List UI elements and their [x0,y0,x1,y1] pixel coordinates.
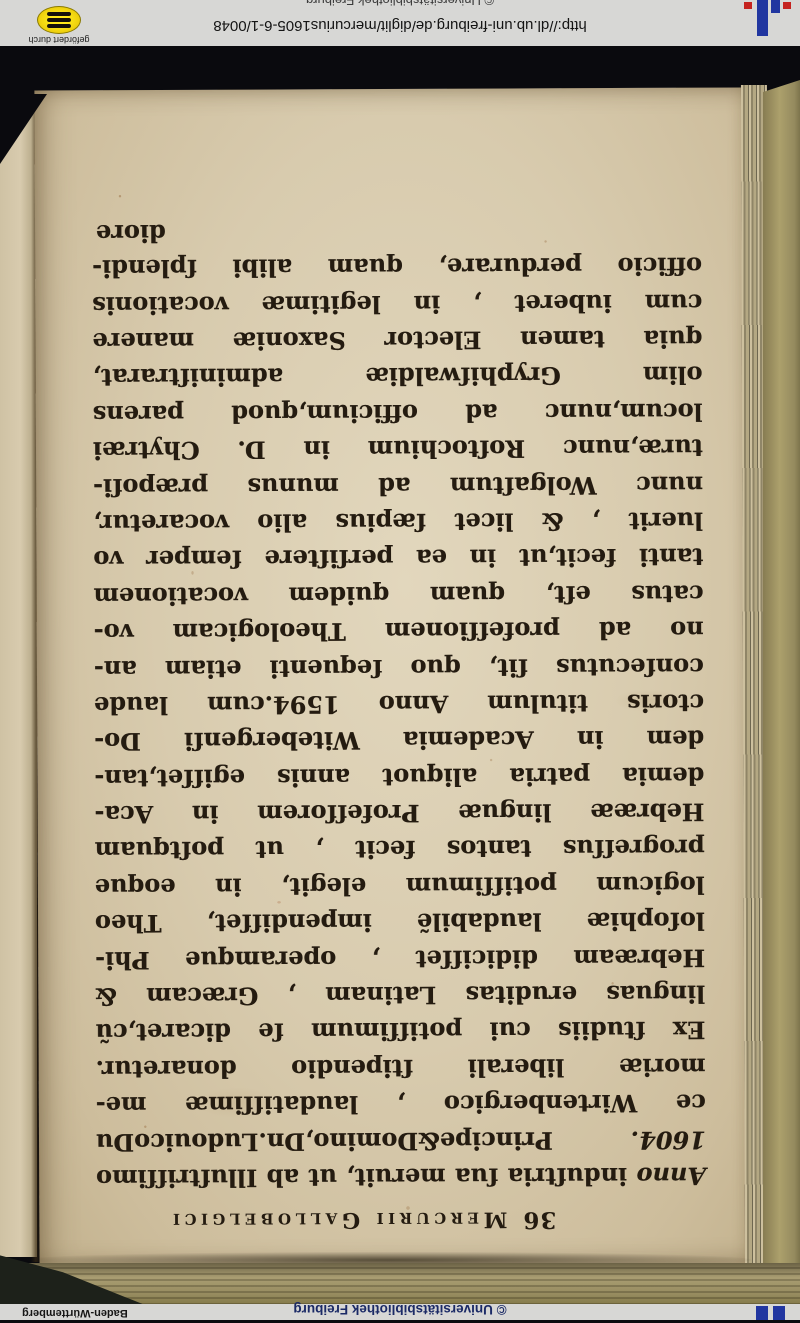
text-line: ce Wirtenbergico , laudatiſſimæ me- [96,1084,706,1123]
catchword: diore [92,215,702,248]
logo-blue-bar-icon [771,0,780,13]
text-line: luerit , & licet ſæpius alio vocaretur, [93,502,703,541]
logo-red-square-icon [744,2,752,9]
lion-glyph [47,12,72,16]
line-text: logicum potiſſimum elegit, in eoque [95,871,705,903]
logo-blue-bar-icon [757,0,768,36]
line-text: demia patria aliquot annis egiſſet,tan- [94,761,704,793]
text-line: no ad profeſſionem Theologicam vo- [94,611,704,650]
line-text: catus eſt, quam quidem vocationem [94,579,704,611]
baden-wuerttemberg-coat-of-arms-icon: gefördert durch [28,2,90,45]
rotated-page-content: 36Mercurii Gallobelgici Anno induſtria ſ… [34,87,748,1268]
text-line: ctoris titulum Anno 1594.cum laude [94,684,704,723]
text-line: cum iuberet , in legitimæ vocationis [92,284,702,323]
line-text: officio perdurare, quam alibi ſplendi- [92,252,702,284]
text-line: olim Gryphiſwaldiæ adminiſtrarat, [93,357,703,396]
margin-year-note: Anno [627,1162,706,1191]
text-line: linguas eruditas Latinam , Græcam & [95,975,705,1014]
text-line: progreſſus tantos fecit , ut poſtquam [95,830,705,869]
line-text: Hebrææ linguæ Profeſſorem in Aca- [95,798,705,830]
logo-blue-square-icon [756,1306,768,1320]
logo-red-square-icon [783,2,791,9]
text-line: Hebræam didiciſſet , operamque Phi- [95,939,705,978]
coat-of-arms-oval [37,6,81,34]
text-line: moriæ liberali ſtipendio donaretur. [96,1048,706,1087]
logo-blue-square-icon [773,1306,785,1320]
running-title: Mercurii Gallobelgici [168,1206,507,1232]
line-text: moriæ liberali ſtipendio donaretur. [96,1052,706,1084]
line-text: Hebræam didiciſſet , operamque Phi- [95,943,705,975]
line-text: dem in Academia Witebergenſi Do- [94,725,704,757]
text-line: loſophiæ laudabilẽ impendiſſet, Theo [95,903,705,942]
line-text: locum,nunc ad officium,quod parens [93,397,703,429]
text-line: catus eſt, quam quidem vocationem [94,575,704,614]
line-text: nunc Wolgaſtum ad munus præpoſi- [93,470,703,502]
text-line: quia tamen Elector Saxoniæ manere [92,320,702,359]
line-text: olim Gryphiſwaldiæ adminiſtrarat, [93,361,703,393]
margin-year-note: 1604. [553,1125,706,1155]
line-text: cum iuberet , in legitimæ vocationis [92,288,702,320]
line-text: no ad profeſſionem Theologicam vo- [94,616,704,648]
copyright-line: © Universitätsbibliothek Freiburg [0,0,800,8]
text-line: turæ,nunc Roſtochium in D. Chytræi [93,429,703,468]
text-line: dem in Academia Witebergenſi Do- [94,721,704,760]
line-text: linguas eruditas Latinam , Græcam & [95,980,705,1012]
top-frame-bar: © Universitätsbibliothek Freiburg http:/… [0,0,800,46]
text-line: Anno induſtria ſua meruit, ut ab Illuſtr… [96,1157,706,1196]
copyright-line-bottom: © Universitätsbibliothek Freiburg [0,1301,800,1318]
text-line: tanti fecit,ut in ea perſiſtere ſemper v… [93,539,703,578]
line-text: ce Wirtenbergico , laudatiſſimæ me- [96,1089,706,1121]
line-text: tanti fecit,ut in ea perſiſtere ſemper v… [93,543,703,575]
text-block: 36Mercurii Gallobelgici Anno induſtria ſ… [92,215,706,1238]
body-lines: Anno induſtria ſua meruit, ut ab Illuſtr… [92,247,706,1196]
scan-viewer: 36Mercurii Gallobelgici Anno induſtria ſ… [0,0,800,1323]
book-fore-edge [763,80,800,1307]
line-text: progreſſus tantos fecit , ut poſtquam [95,834,705,866]
running-header: 36Mercurii Gallobelgici [96,1202,706,1239]
lion-glyph [47,18,72,22]
text-line: logicum potiſſimum elegit, in eoque [95,866,705,905]
text-line: 1604. Principe&Domino,Dn.LudouicoDu [96,1121,706,1160]
line-text: induſtria ſua meruit, ut ab Illuſtriſſim… [96,1162,627,1193]
line-text: quia tamen Elector Saxoniæ manere [92,325,702,357]
line-text: conſecutus ſit, quo ſequenti etiam an- [94,652,704,684]
line-text: luerit , & licet ſæpius alio vocaretur, [93,507,703,539]
text-line: officio perdurare, quam alibi ſplendi- [92,247,702,286]
lion-glyph [47,24,72,28]
text-line: nunc Wolgaſtum ad munus præpoſi- [93,466,703,505]
line-text: turæ,nunc Roſtochium in D. Chytræi [93,434,703,466]
line-text: loſophiæ laudabilẽ impendiſſet, Theo [95,907,705,939]
text-line: Ex ſtudiis cui potiſſimum ſe dicaret,cũ [95,1012,705,1051]
text-line: demia patria aliquot annis egiſſet,tan- [94,757,704,796]
source-url: http://dl.ub.uni-freiburg.de/diglit/merc… [0,15,800,35]
book-page: 36Mercurii Gallobelgici Anno induſtria ſ… [34,87,748,1268]
line-text: Principe&Domino,Dn.LudouicoDu [96,1126,553,1157]
funding-label: gefördert durch [28,35,90,45]
text-line: locum,nunc ad officium,quod parens [93,393,703,432]
line-text: Ex ſtudiis cui potiſſimum ſe dicaret,cũ [95,1016,705,1048]
text-line: conſecutus ſit, quo ſequenti etiam an- [94,648,704,687]
page-number: 36 [522,1206,556,1233]
text-line: Hebrææ linguæ Profeſſorem in Aca- [95,793,705,832]
line-text: ctoris titulum Anno 1594.cum laude [94,689,704,721]
